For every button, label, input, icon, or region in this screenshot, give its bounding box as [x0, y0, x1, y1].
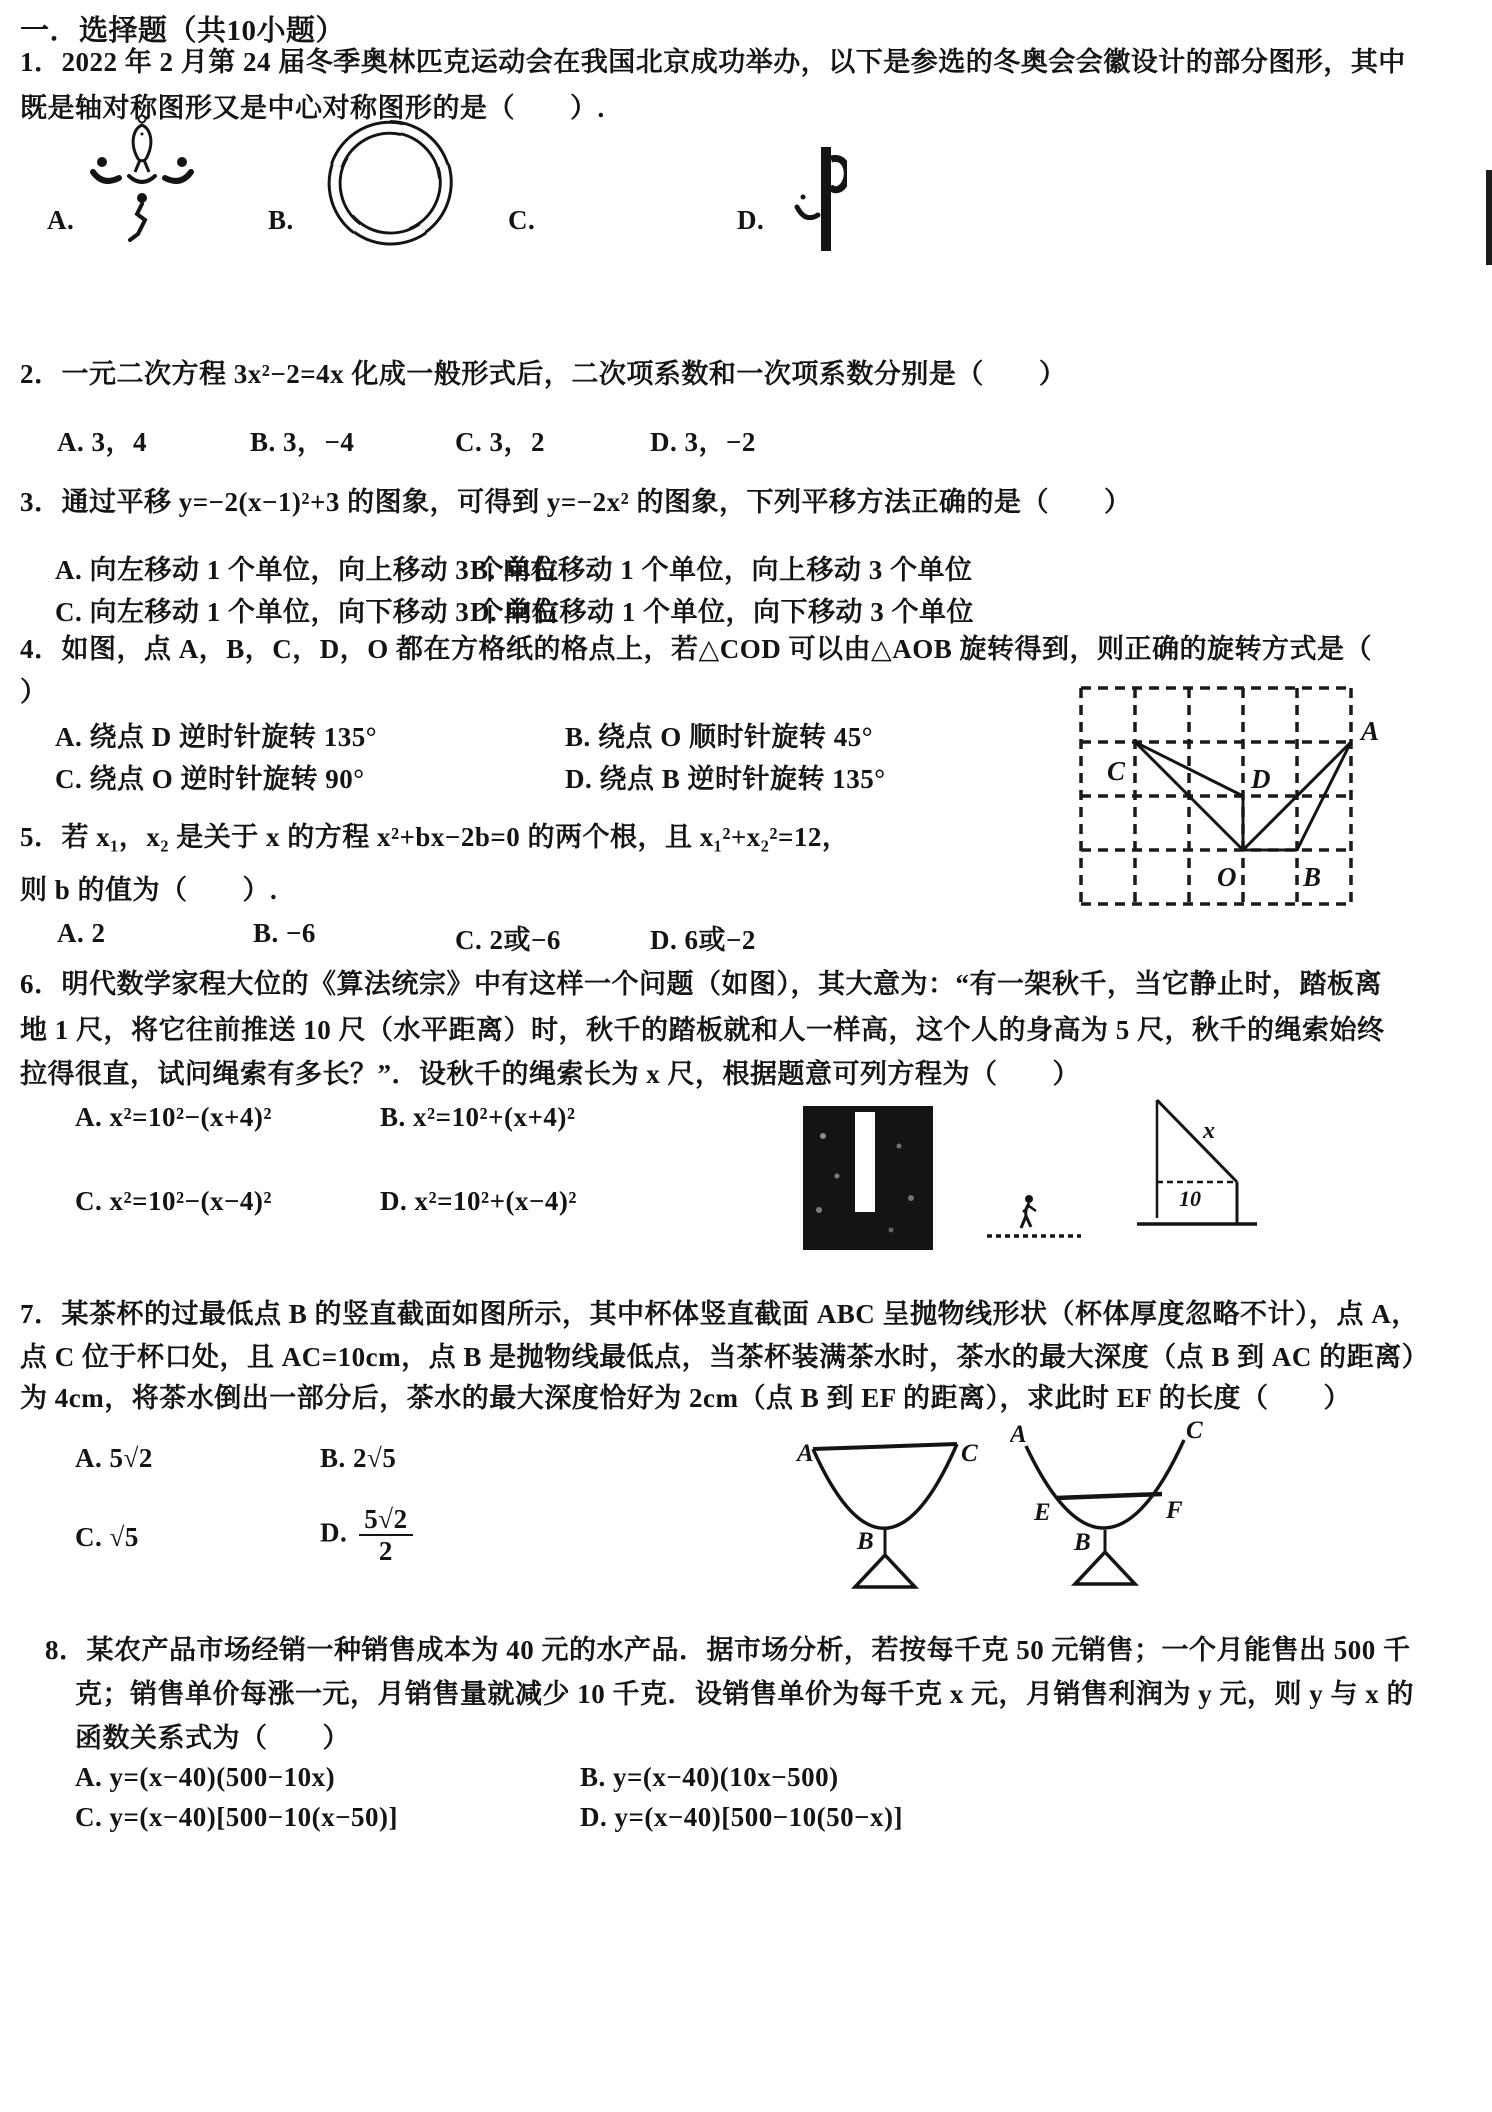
- q4-grid-label-o: O: [1217, 862, 1237, 892]
- q1-figure-b-knot: [315, 108, 465, 258]
- q2-option-c: C. 3，2: [455, 420, 545, 459]
- q1-figure-a-emblem: [85, 112, 200, 247]
- q7-option-d-denominator: 2: [379, 1536, 393, 1565]
- q5-line1: 5．若 x₁，x₂ 是关于 x 的方程 x²+bx−2b=0 的两个根，且 x₁…: [20, 815, 849, 854]
- q7-cup2-label-a: A: [1010, 1421, 1027, 1448]
- q1-option-a-label: A.: [47, 205, 74, 236]
- q6-option-c: C. x²=10²−(x−4)²: [75, 1186, 272, 1217]
- q2-line1: 2．一元二次方程 3x²−2=4x 化成一般形式后，二次项系数和一次项系数分别是…: [20, 352, 1066, 391]
- q4-option-c: C. 绕点 O 逆时针旋转 90°: [55, 757, 365, 796]
- q1-option-c-label: C.: [508, 205, 535, 236]
- q7-option-c: C. √5: [75, 1522, 139, 1553]
- q8-line3: 函数关系式为（ ）: [75, 1716, 350, 1755]
- q8-option-a: A. y=(x−40)(500−10x): [75, 1762, 335, 1793]
- q6-swing-diagram: x 10: [1135, 1092, 1260, 1237]
- q8-option-b: B. y=(x−40)(10x−500): [580, 1762, 839, 1793]
- q6-option-d: D. x²=10²+(x−4)²: [380, 1186, 577, 1217]
- q4-grid-label-d: D: [1250, 764, 1271, 794]
- q7-cup-full-figure: A C B: [795, 1425, 990, 1595]
- q6-line2: 地 1 尺，将它往前推送 10 尺（水平距离）时，秋千的踏板就和人一样高，这个人…: [20, 1008, 1385, 1047]
- q6-swing-label-10: 10: [1179, 1186, 1201, 1211]
- q2-option-d: D. 3，−2: [650, 420, 756, 459]
- q7-cup2-label-f: F: [1165, 1497, 1183, 1524]
- q7-option-d-label: D.: [320, 1518, 347, 1548]
- q3-option-b: B. 向右移动 1 个单位，向上移动 3 个单位: [470, 548, 973, 587]
- exam-page: 一．选择题（共10小题） 1．2022 年 2 月第 24 届冬季奥林匹克运动会…: [0, 0, 1492, 2112]
- q1-option-b-label: B.: [268, 205, 294, 236]
- q1-option-d-label: D.: [737, 205, 764, 236]
- q7-cup2-label-b: B: [1073, 1529, 1091, 1556]
- q7-line3: 为 4cm，将茶水倒出一部分后，茶水的最大深度恰好为 2cm（点 B 到 EF …: [20, 1376, 1351, 1415]
- q6-swing-label-x: x: [1202, 1118, 1215, 1144]
- q6-option-a: A. x²=10²−(x+4)²: [75, 1102, 272, 1133]
- q6-person-figure: [985, 1190, 1085, 1242]
- q7-cup-partial-figure: A C E F B: [1010, 1418, 1205, 1588]
- q7-option-d-numerator: 5√2: [359, 1505, 412, 1536]
- q7-option-d: D.5√22: [320, 1505, 413, 1566]
- q5-option-c: C. 2或−6: [455, 918, 561, 957]
- q5-option-a: A. 2: [57, 918, 106, 949]
- q7-cup1-label-c: C: [961, 1440, 978, 1467]
- q3-option-d: D. 向右移动 1 个单位，向下移动 3 个单位: [470, 590, 974, 629]
- q6-line3: 拉得很直，试问绳索有多长？”．设秋千的绳索长为 x 尺，根据题意可列方程为（ ）: [20, 1052, 1080, 1091]
- q7-line2: 点 C 位于杯口处，且 AC=10cm，点 B 是抛物线最低点，当茶杯装满茶水时…: [20, 1335, 1429, 1374]
- q7-cup2-label-c: C: [1186, 1418, 1203, 1444]
- scan-artifact: [1486, 170, 1492, 265]
- q7-option-b: B. 2√5: [320, 1443, 396, 1474]
- q8-line2: 克；销售单价每涨一元，月销售量就减少 10 千克．设销售单价为每千克 x 元，月…: [75, 1672, 1414, 1711]
- q7-cup1-label-b: B: [856, 1528, 874, 1555]
- q5-option-b: B. −6: [253, 918, 316, 949]
- q8-line1: 8．某农产品市场经销一种销售成本为 40 元的水产品．据市场分析，若按每千克 5…: [45, 1628, 1411, 1667]
- q6-book-image: [803, 1106, 933, 1250]
- q8-option-d: D. y=(x−40)[500−10(50−x)]: [580, 1802, 903, 1833]
- q6-option-b: B. x²=10²+(x+4)²: [380, 1102, 575, 1133]
- q4-grid-label-a: A: [1359, 716, 1379, 746]
- q4-line2: ）: [20, 670, 48, 709]
- q8-option-c: C. y=(x−40)[500−10(x−50)]: [75, 1802, 398, 1833]
- q7-line1: 7．某茶杯的过最低点 B 的竖直截面如图所示，其中杯体竖直截面 ABC 呈抛物线…: [20, 1292, 1419, 1331]
- q1-figure-d-calligraphy: [785, 145, 847, 255]
- q4-grid-label-b: B: [1302, 862, 1321, 892]
- q2-option-b: B. 3，−4: [250, 420, 354, 459]
- q7-cup1-label-a: A: [795, 1440, 814, 1467]
- q4-grid-figure: C A D O B: [1073, 680, 1393, 915]
- q1-line1: 1．2022 年 2 月第 24 届冬季奥林匹克运动会在我国北京成功举办，以下是…: [20, 40, 1406, 79]
- q7-cup2-label-e: E: [1033, 1499, 1051, 1526]
- q5-line2: 则 b 的值为（ ）.: [20, 868, 277, 907]
- q5-option-d: D. 6或−2: [650, 918, 756, 957]
- q4-option-d: D. 绕点 B 逆时针旋转 135°: [565, 757, 886, 796]
- q4-option-b: B. 绕点 O 顺时针旋转 45°: [565, 715, 873, 754]
- q4-grid-label-c: C: [1107, 756, 1126, 786]
- q7-option-a: A. 5√2: [75, 1443, 153, 1474]
- q6-line1: 6．明代数学家程大位的《算法统宗》中有这样一个问题（如图），其大意为：“有一架秋…: [20, 962, 1382, 1001]
- q4-option-a: A. 绕点 D 逆时针旋转 135°: [55, 715, 377, 754]
- q3-line1: 3．通过平移 y=−2(x−1)²+3 的图象，可得到 y=−2x² 的图象，下…: [20, 480, 1131, 519]
- q2-option-a: A. 3，4: [57, 420, 147, 459]
- q4-line1: 4．如图，点 A，B，C，D，O 都在方格纸的格点上，若△COD 可以由△AOB…: [20, 627, 1372, 666]
